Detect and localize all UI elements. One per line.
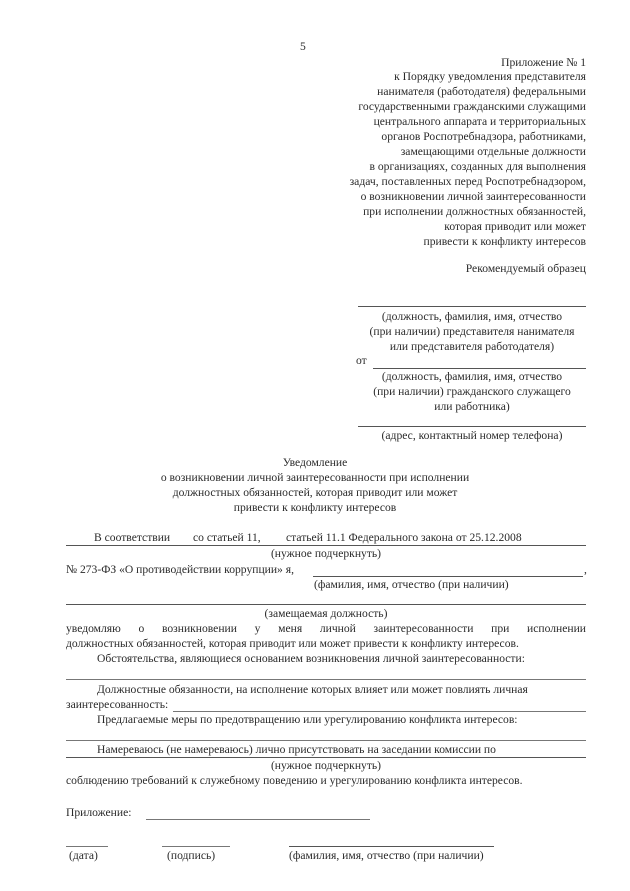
signer-name-caption: (фамилия, имя, отчество (при наличии) [289,849,484,863]
header-line: замещающими отдельные должности [401,145,586,159]
notify-text: уведомляю о возникновении у меня личной … [66,622,586,636]
position-caption: (замещаемая должность) [66,607,586,621]
law-option-3: статьей 11.1 Федерального закона от 25.1… [286,531,522,545]
intent-caption: (нужное подчеркнуть) [66,759,586,773]
attachment-label: Приложение: [66,806,131,820]
measures-label: Предлагаемые меры по предотвращению или … [97,713,518,727]
appendix-title: Приложение № 1 [501,56,586,70]
full-name-caption: (фамилия, имя, отчество (при наличии) [314,578,509,592]
notice-heading: Уведомление [0,456,630,470]
signature-caption: (подпись) [167,849,215,863]
header-line: в организациях, созданных для выполнения [370,160,587,174]
law-option-2[interactable]: со статьей 11, [193,531,261,545]
circumstances-label: Обстоятельства, являющиеся основанием во… [97,652,525,666]
law-reference: № 273-ФЗ «О противодействии коррупции» я… [66,563,294,577]
signer-name-field[interactable] [289,846,494,847]
notice-subtitle: о возникновении личной заинтересованност… [0,471,630,485]
law-option-1[interactable]: В соответствии [94,531,170,545]
signature-field[interactable] [162,846,230,847]
notify-text: должностных обязанностей, которая привод… [66,637,519,651]
header-line: центрального аппарата и территориальных [374,115,586,129]
duties-label: Должностные обязанности, на исполнение к… [97,683,528,697]
address-caption: (адрес, контактный номер телефона) [352,429,592,443]
intent-end: соблюдению требований к служебному повед… [66,774,523,788]
addressee-to-field[interactable] [358,306,586,307]
header-line: которая приводит или может [444,220,586,234]
notice-subtitle: привести к конфликту интересов [0,501,630,515]
date-field[interactable] [66,846,108,847]
header-line: государственными гражданскими служащими [358,100,586,114]
header-line: привести к конфликту интересов [423,235,586,249]
notice-subtitle: должностных обязанностей, которая привод… [0,486,630,500]
address-field[interactable] [358,426,586,427]
underline-rule [66,757,586,758]
full-name-field[interactable] [313,576,583,577]
header-line: задач, поставленных перед Роспотребнадзо… [350,175,586,189]
duties-label: заинтересованность: [66,698,168,712]
duties-field[interactable] [173,711,586,712]
addressee-from-caption: (должность, фамилия, имя, отчество [352,370,592,384]
addressee-to-caption: (при наличии) представителя нанимателя [352,325,592,339]
attachment-field[interactable] [146,819,370,820]
addressee-from-field[interactable] [373,368,586,369]
position-field[interactable] [66,604,586,605]
underline-rule [66,545,586,546]
addressee-to-caption: или представителя работодателя) [352,340,592,354]
page-number: 5 [300,40,306,54]
measures-field[interactable] [66,740,586,741]
intent-statement[interactable]: Намереваюсь (не намереваюсь) лично прису… [97,743,496,757]
header-line: нанимателя (работодателя) федеральными [377,85,586,99]
header-line: о возникновении личной заинтересованност… [361,190,586,204]
law-caption: (нужное подчеркнуть) [66,547,586,561]
header-line: к Порядку уведомления представителя [394,70,586,84]
from-label: от [356,354,367,368]
addressee-to-caption: (должность, фамилия, имя, отчество [352,310,592,324]
addressee-from-caption: (при наличии) гражданского служащего [352,385,592,399]
circumstances-field[interactable] [66,679,586,680]
addressee-from-caption: или работника) [352,400,592,414]
header-line: при исполнении должностных обязанностей, [363,205,586,219]
comma: , [584,563,587,577]
header-line: органов Роспотребнадзора, работниками, [381,130,586,144]
date-caption: (дата) [69,849,98,863]
sample-label: Рекомендуемый образец [466,262,586,276]
